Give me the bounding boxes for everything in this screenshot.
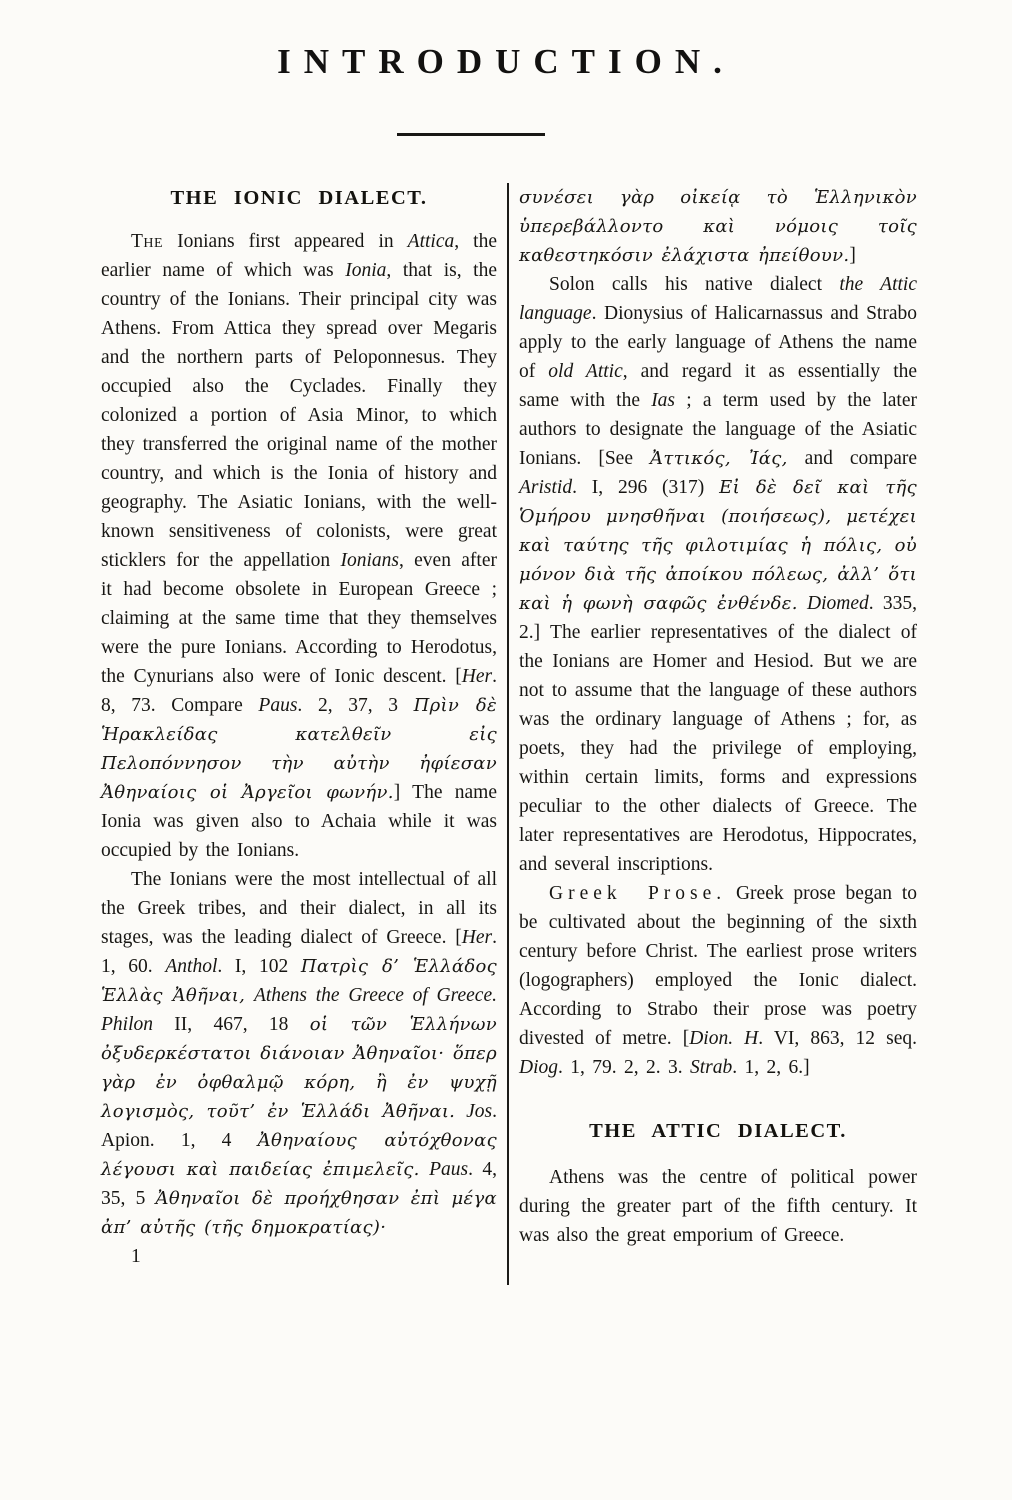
text-segment: The Ionians were the most intellectual o… [101, 869, 497, 948]
book-page: INTRODUCTION. THE IONIC DIALECT. The Ion… [0, 0, 1012, 1500]
text-segment: Ionia [345, 260, 386, 281]
text-segment: Greek Prose. [549, 883, 726, 904]
text-segment: . VI, 863, 12 seq. [758, 1028, 917, 1049]
text-segment: Ionians [340, 550, 399, 571]
text-segment: . I, 296 (317) [572, 477, 719, 498]
text-segment: Jos [466, 1101, 492, 1122]
text-segment: Her [462, 666, 492, 687]
text-segment: Ionians first appeared in [163, 231, 408, 252]
text-segment: συνέσει γὰρ οἰκείᾳ τὸ Ἑλληνικὸν ὑπερεβάλ… [519, 187, 917, 266]
text-segment: Ias [651, 390, 675, 411]
text-segment: . I, 102 [217, 956, 301, 977]
text-segment: II, 467, 18 [153, 1014, 310, 1035]
paragraph-greek-prose: Greek Prose. Greek prose began to be cul… [519, 879, 917, 1082]
text-segment: Ἀθηναῖοι δὲ προήχθησαν ἐπὶ μέγα ἀπ’ αὐτῆ… [101, 1188, 497, 1238]
right-column: συνέσει γὰρ οἰκείᾳ τὸ Ἑλληνικὸν ὑπερεβάλ… [507, 183, 917, 1285]
paragraph-solon-attic: Solon calls his native dialect the Attic… [519, 270, 917, 879]
text-segment [798, 593, 807, 614]
text-segment: Diog [519, 1057, 558, 1078]
text-segment: Athens the Greece of Greece. [254, 985, 497, 1006]
text-segment: Athens was the centre of political power… [519, 1167, 917, 1246]
text-segment: , that is, the country of the Ionians. T… [101, 260, 497, 571]
text-segment: and compare [788, 448, 917, 469]
text-segment: Aristid [519, 477, 572, 498]
attic-dialect-heading: THE ATTIC DIALECT. [519, 1120, 917, 1143]
text-segment: Solon calls his native dialect [549, 274, 839, 295]
text-segment [455, 1101, 466, 1122]
text-segment: old Attic [548, 361, 622, 382]
paragraph-greek-continuation: συνέσει γὰρ οἰκείᾳ τὸ Ἑλληνικὸν ὑπερεβάλ… [519, 183, 917, 270]
paragraph-ionians-origin: The Ionians first appeared in Attica, th… [101, 227, 497, 865]
page-title: INTRODUCTION. [0, 42, 1012, 82]
text-segment: Anthol [165, 956, 217, 977]
text-segment: Paus [258, 695, 297, 716]
text-segment: Diomed [807, 593, 869, 614]
text-segment: Dion. H [689, 1028, 758, 1049]
paragraph-ionians-intellectual: The Ionians were the most intellectual o… [101, 865, 497, 1242]
text-segment: . 2, 37, 3 [297, 695, 413, 716]
text-segment: Ἀττικός, Ἰάς, [650, 448, 788, 469]
two-column-text-block: THE IONIC DIALECT. The Ionians first app… [101, 183, 917, 1285]
ionic-dialect-heading: THE IONIC DIALECT. [101, 187, 497, 210]
text-segment: Paus [429, 1159, 468, 1180]
text-segment: Greek prose began to be cultivated about… [519, 883, 917, 1049]
text-segment: Strab [690, 1057, 732, 1078]
text-segment: ] [849, 245, 856, 266]
text-segment: Attica [408, 231, 455, 252]
text-segment: Her [462, 927, 492, 948]
text-segment: Philon [101, 1014, 153, 1035]
title-rule [397, 133, 545, 136]
text-segment: The [131, 231, 163, 252]
text-segment: . 1, 2, 6.] [732, 1057, 809, 1078]
text-segment: . 335, 2.] The earlier representatives o… [519, 593, 917, 875]
text-segment [420, 1159, 429, 1180]
paragraph-athens-centre: Athens was the centre of political power… [519, 1163, 917, 1250]
signature-mark: 1 [101, 1242, 497, 1271]
text-segment [245, 985, 254, 1006]
text-segment: . 1, 79. 2, 2. 3. [558, 1057, 690, 1078]
left-column: THE IONIC DIALECT. The Ionians first app… [101, 183, 507, 1285]
